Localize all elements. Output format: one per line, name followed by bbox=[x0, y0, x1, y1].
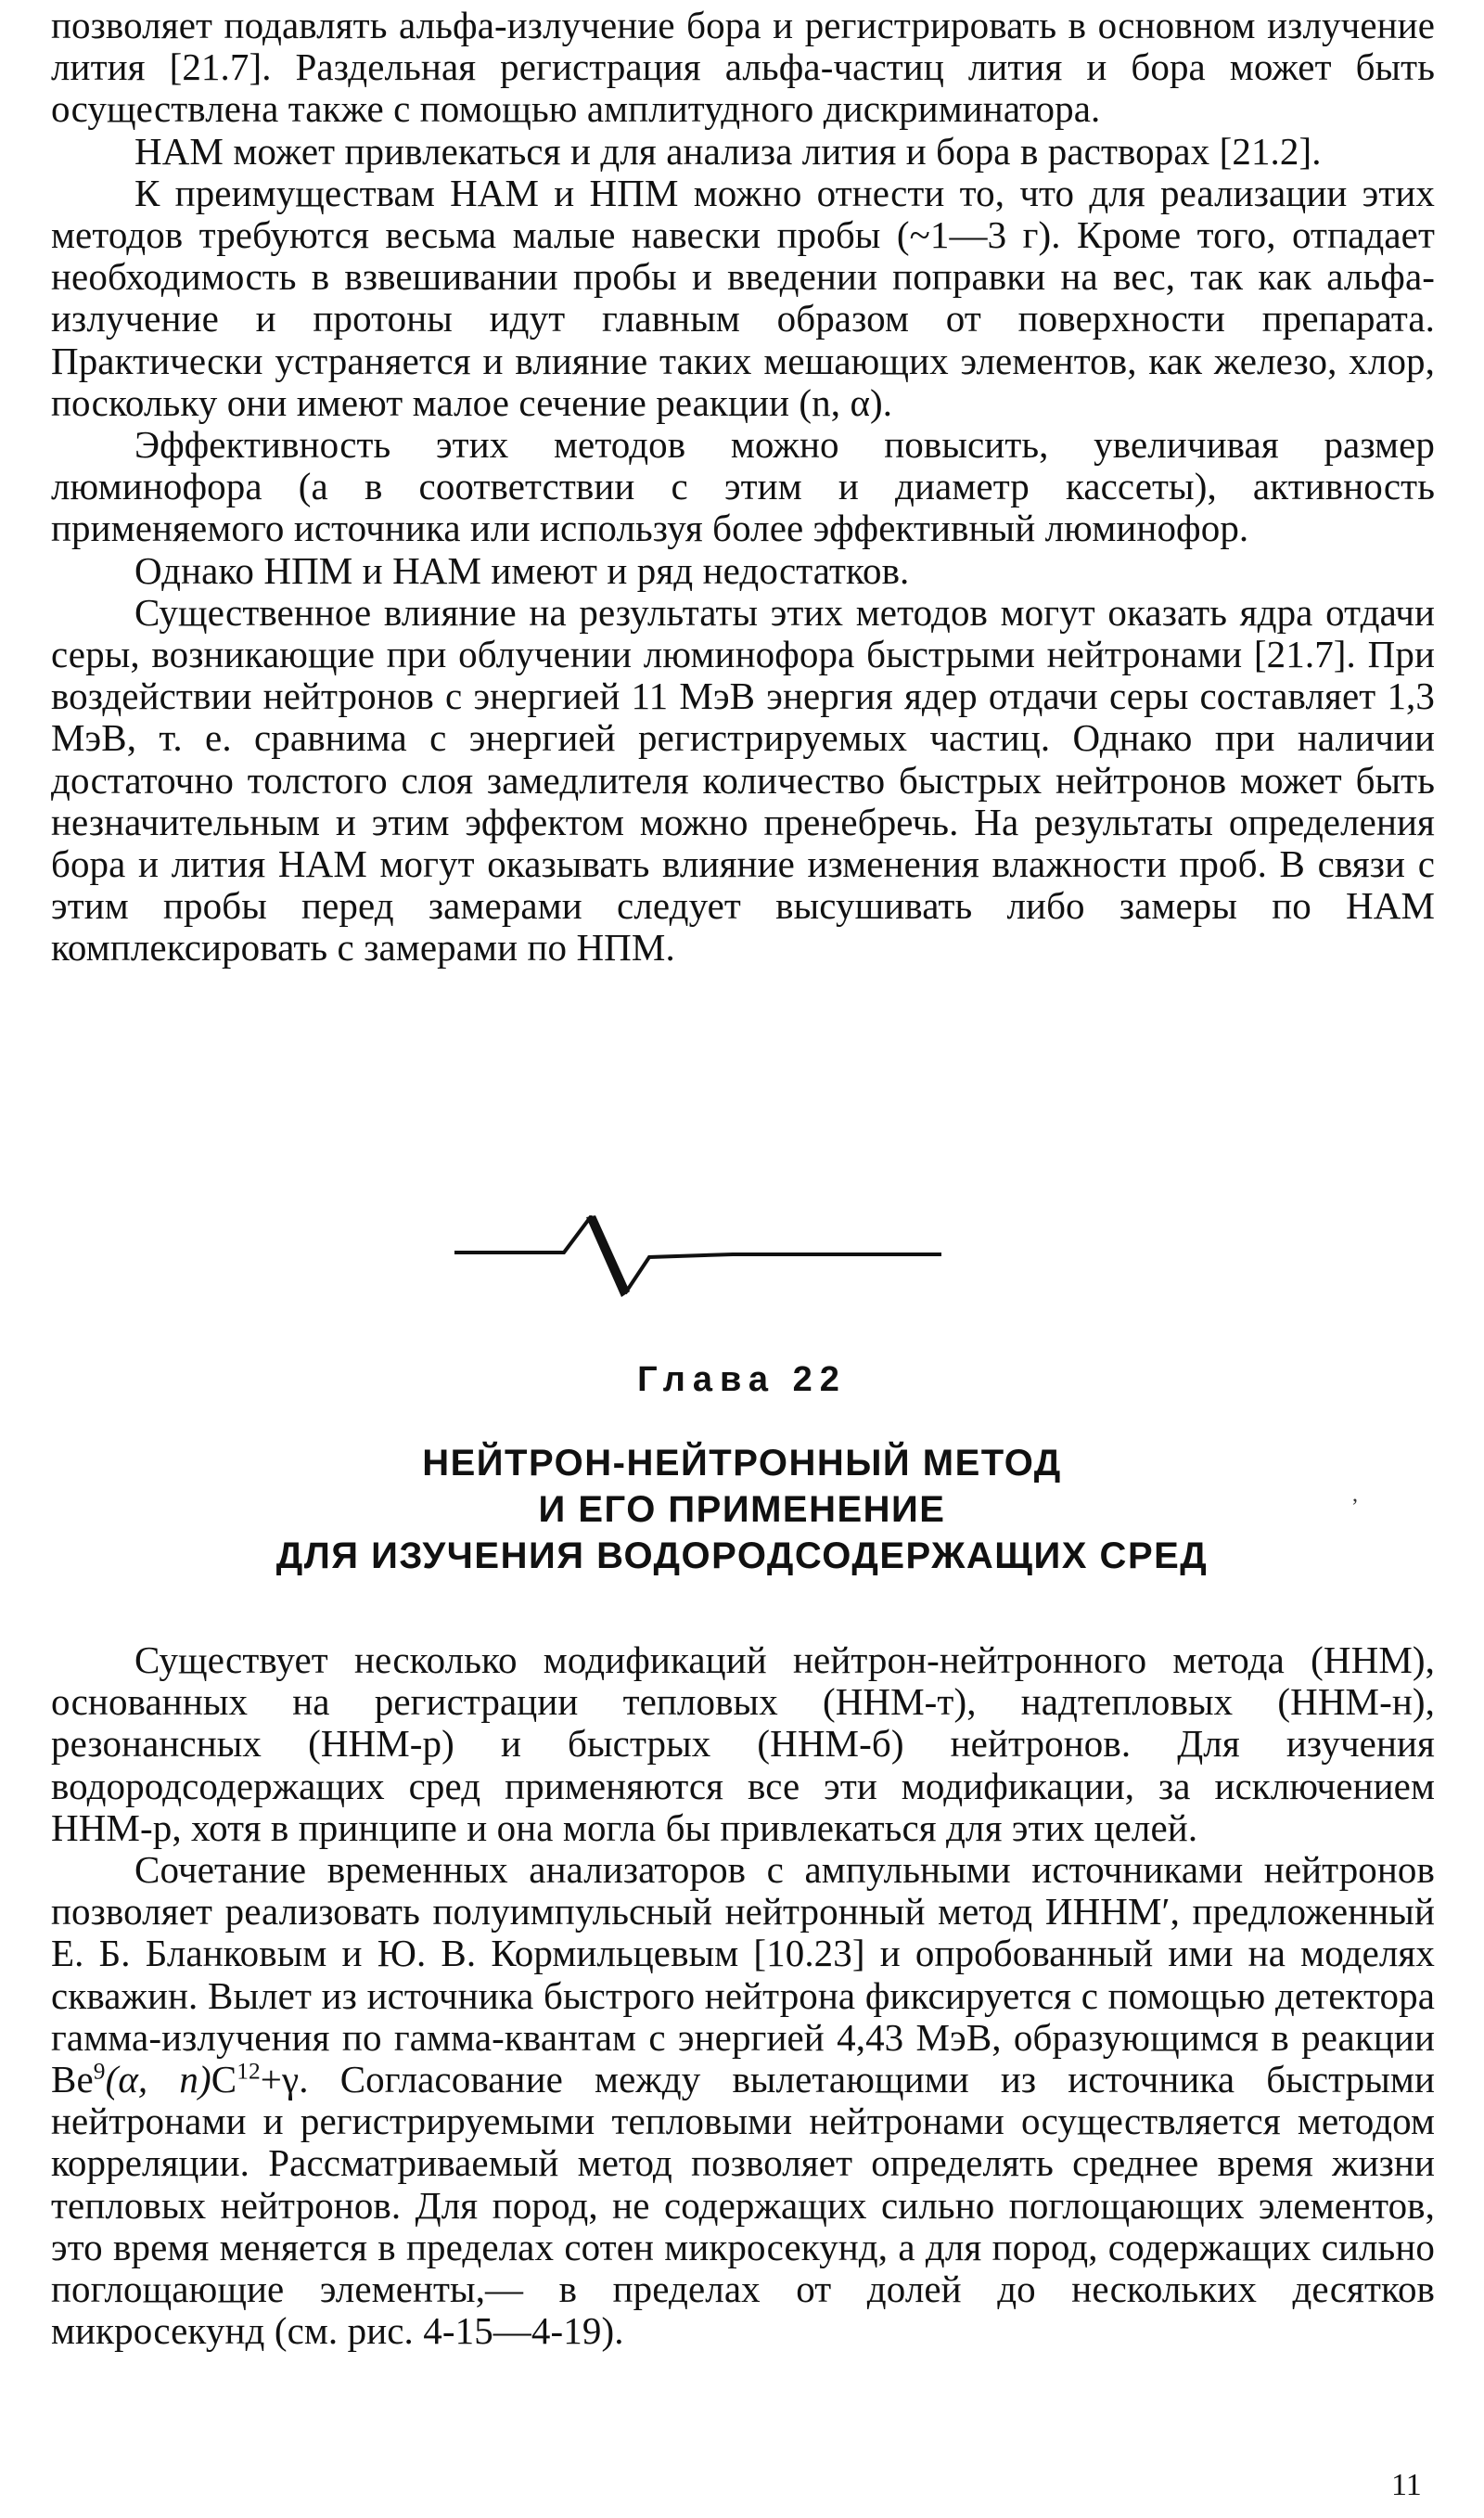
section-divider-ornament bbox=[454, 1215, 941, 1304]
chapter-title-line: ДЛЯ ИЗУЧЕНИЯ ВОДОРОДСОДЕРЖАЩИХ СРЕД bbox=[0, 1533, 1484, 1579]
chapter-title-line: И ЕГО ПРИМЕНЕНИЕ bbox=[0, 1486, 1484, 1533]
paragraph: Существенное влияние на результаты этих … bbox=[51, 592, 1435, 970]
chapter-number: Глава 22 bbox=[0, 1360, 1484, 1400]
paragraph: НАМ может привлекаться и для анализа лит… bbox=[51, 131, 1435, 173]
chapter-title-line: НЕЙТРОН-НЕЙТРОННЫЙ МЕТОД bbox=[0, 1440, 1484, 1486]
paragraph: позволяет подавлять альфа-излучение бора… bbox=[51, 5, 1435, 131]
formula-element: Be bbox=[51, 2058, 94, 2100]
chapter-text: Существует несколько модификаций нейтрон… bbox=[51, 1639, 1435, 2352]
paragraph: Существует несколько модификаций нейтрон… bbox=[51, 1639, 1435, 1849]
formula-superscript: 12 bbox=[237, 2058, 261, 2084]
formula-superscript: 9 bbox=[94, 2058, 106, 2084]
paragraph: Однако НПМ и НАМ имеют и ряд недостатков… bbox=[51, 550, 1435, 592]
paragraph: Эффективность этих методов можно повысит… bbox=[51, 424, 1435, 550]
chapter-title: НЕЙТРОН-НЕЙТРОННЫЙ МЕТОД И ЕГО ПРИМЕНЕНИ… bbox=[0, 1440, 1484, 1579]
paragraph-text: . Согласование между вылетающими из исто… bbox=[51, 2058, 1435, 2352]
scan-speck: , bbox=[1352, 1483, 1358, 1508]
previous-section-text: позволяет подавлять альфа-излучение бора… bbox=[51, 5, 1435, 970]
paragraph: Сочетание временных анализаторов с ампул… bbox=[51, 1849, 1435, 2352]
formula-reaction: (α, n) bbox=[106, 2058, 211, 2100]
formula-tail: +γ bbox=[261, 2058, 299, 2100]
page-number: 11 bbox=[1391, 2468, 1422, 2503]
paragraph: К преимуществам НАМ и НПМ можно отнести … bbox=[51, 173, 1435, 424]
paragraph-text: Сочетание временных анализаторов с ампул… bbox=[51, 1848, 1435, 2059]
formula-element: C bbox=[211, 2058, 237, 2100]
nuclear-reaction-formula: Be9(α, n)C12+γ bbox=[51, 2058, 299, 2100]
